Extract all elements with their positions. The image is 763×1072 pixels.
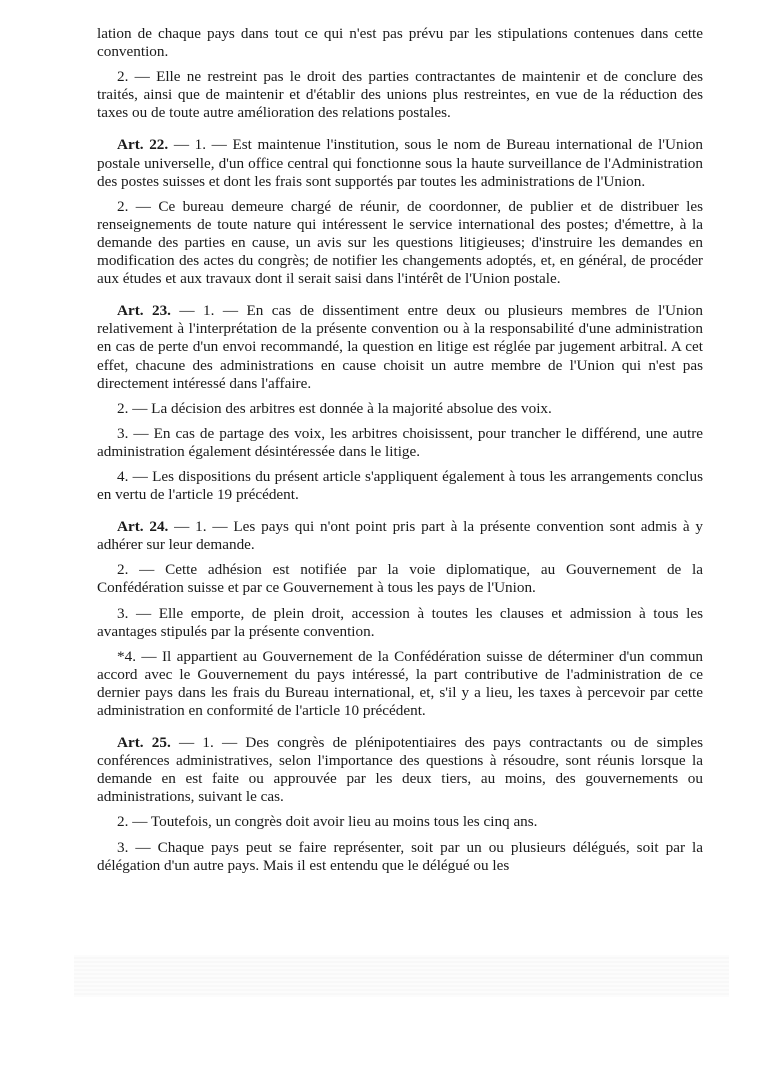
paragraph-art25-3: 3. — Chaque pays peut se faire représent… [97,839,703,875]
paragraph-text: Elle ne restreint pas le droit des parti… [97,68,703,121]
article-label: Art. 25. [117,734,171,751]
paragraph-text: lation de chaque pays dans tout ce qui n… [97,25,703,60]
paragraph-number: 2. — [117,68,156,85]
paragraph-art21-2: 2. — Elle ne restreint pas le droit des … [97,68,703,122]
paragraph-text: Il appartient au Gouvernement de la Conf… [97,648,703,719]
scan-artifact-shading [74,955,729,997]
paragraph-number: 2. — [117,400,151,417]
paragraph-number: — 1. — [171,734,246,751]
paragraph-number: 4. — [117,468,152,485]
article-label: Art. 22. [117,136,168,153]
paragraph-art22-2: 2. — Ce bureau demeure chargé de réunir,… [97,198,703,288]
paragraph-number: 3. — [117,839,158,856]
paragraph-art24-2: 2. — Cette adhésion est notifiée par la … [97,561,703,597]
paragraph-number: — 1. — [168,518,233,535]
paragraph-text: La décision des arbitres est donnée à la… [151,400,552,417]
paragraph-art24-3: 3. — Elle emporte, de plein droit, acces… [97,605,703,641]
paragraph-art23-2: 2. — La décision des arbitres est donnée… [97,400,703,418]
paragraph-number: — 1. — [168,136,232,153]
paragraph-art23-4: 4. — Les dispositions du présent article… [97,468,703,504]
paragraph-text: Ce bureau demeure chargé de réunir, de c… [97,198,703,287]
paragraph-text: Elle emporte, de plein droit, accession … [97,605,703,640]
paragraph-art23-3: 3. — En cas de partage des voix, les arb… [97,425,703,461]
paragraph-text: Chaque pays peut se faire représenter, s… [97,839,703,874]
paragraph-text: Toutefois, un congrès doit avoir lieu au… [151,813,538,830]
article-23: Art. 23. — 1. — En cas de dissentiment e… [97,302,703,392]
article-label: Art. 24. [117,518,168,535]
paragraph-number: *4. — [117,648,162,665]
paragraph-number: 2. — [117,198,158,215]
paragraph-text: En cas de partage des voix, les arbitres… [97,425,703,460]
document-page: lation de chaque pays dans tout ce qui n… [97,25,703,882]
paragraph-number: 3. — [117,425,154,442]
article-25: Art. 25. — 1. — Des congrès de plénipote… [97,734,703,806]
paragraph-text: Les dispositions du présent article s'ap… [97,468,703,503]
paragraph-continuation: lation de chaque pays dans tout ce qui n… [97,25,703,61]
article-22: Art. 22. — 1. — Est maintenue l'institut… [97,136,703,190]
paragraph-number: — 1. — [171,302,247,319]
paragraph-text: Cette adhésion est notifiée par la voie … [97,561,703,596]
article-24: Art. 24. — 1. — Les pays qui n'ont point… [97,518,703,554]
paragraph-art25-2: 2. — Toutefois, un congrès doit avoir li… [97,813,703,831]
paragraph-art24-4: *4. — Il appartient au Gouvernement de l… [97,648,703,720]
paragraph-number: 2. — [117,813,151,830]
paragraph-number: 3. — [117,605,159,622]
paragraph-number: 2. — [117,561,165,578]
article-label: Art. 23. [117,302,171,319]
